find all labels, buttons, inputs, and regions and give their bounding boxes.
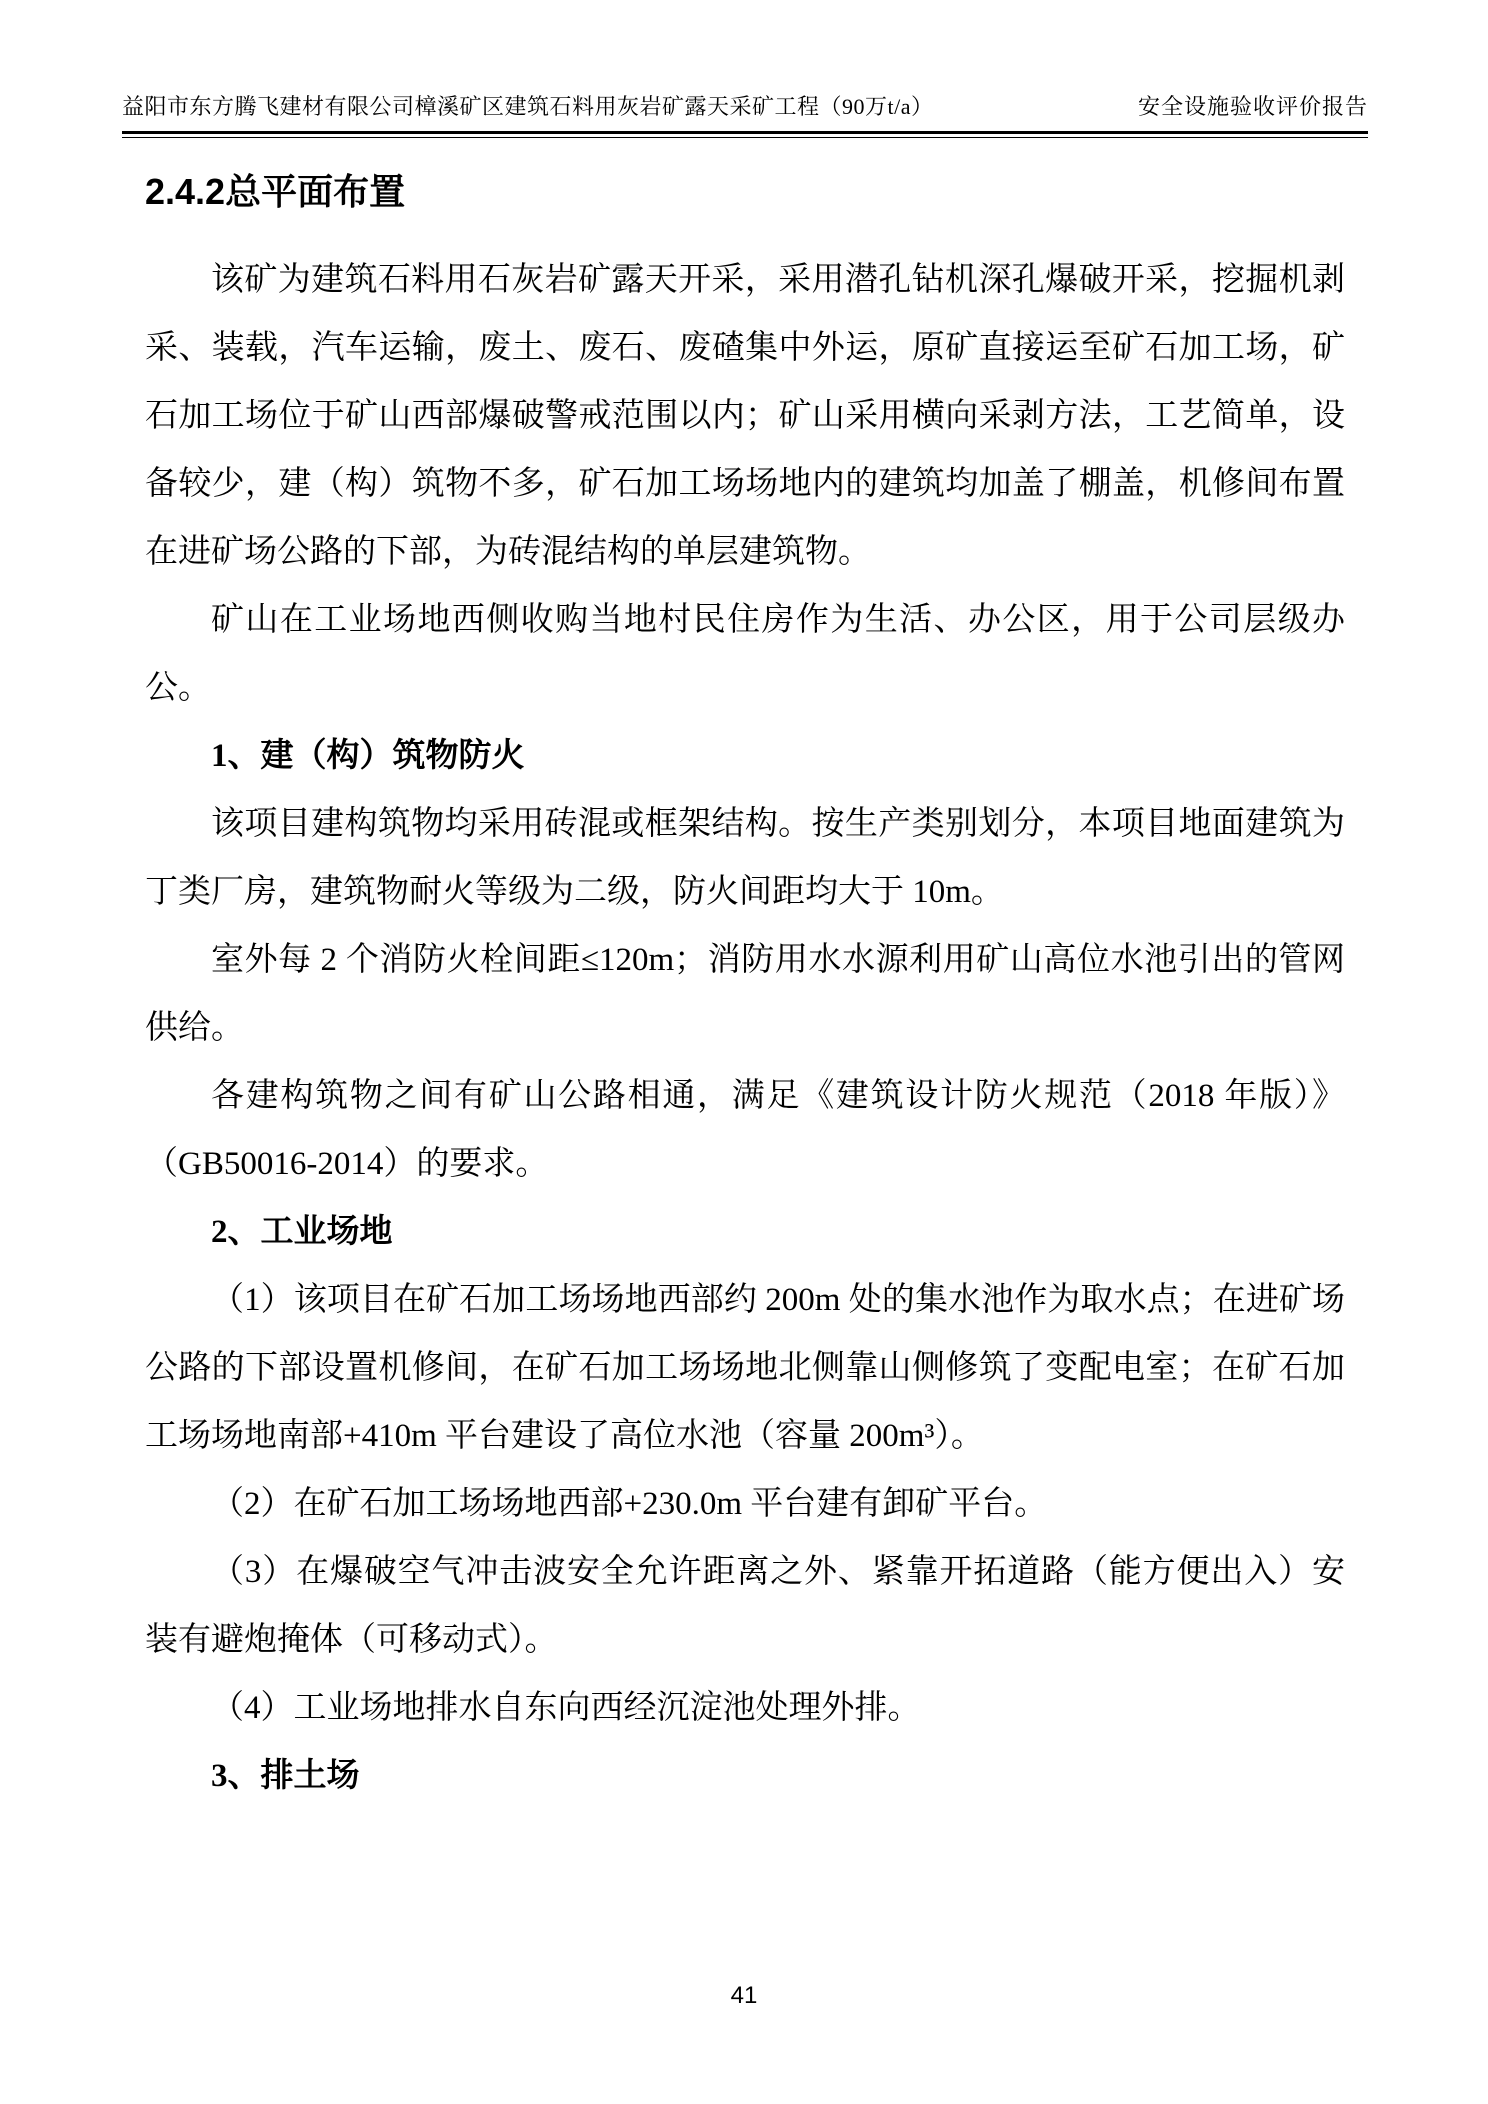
section-title: 2.4.2总平面布置 bbox=[145, 168, 1345, 216]
paragraph-fire-code: 各建构筑物之间有矿山公路相通，满足《建筑设计防火规范（2018 年版）》（GB5… bbox=[145, 1062, 1345, 1198]
page-number: 41 bbox=[731, 1982, 758, 2009]
header-report-title: 安全设施验收评价报告 bbox=[1138, 90, 1368, 121]
subheading-waste-dump: 3、排土场 bbox=[145, 1742, 1345, 1810]
header-rule-thick bbox=[122, 131, 1368, 134]
paragraph-item-1: （1）该项目在矿石加工场场地西部约 200m 处的集水池作为取水点；在进矿场公路… bbox=[145, 1266, 1345, 1470]
paragraph-item-4: （4）工业场地排水自东向西经沉淀池处理外排。 bbox=[145, 1674, 1345, 1742]
document-page: 益阳市东方腾飞建材有限公司樟溪矿区建筑石料用灰岩矿露天采矿工程（90万t/a） … bbox=[0, 0, 1488, 2104]
paragraph-living-area: 矿山在工业场地西侧收购当地村民住房作为生活、办公区，用于公司层级办公。 bbox=[145, 586, 1345, 722]
page-header: 益阳市东方腾飞建材有限公司樟溪矿区建筑石料用灰岩矿露天采矿工程（90万t/a） … bbox=[0, 0, 1488, 121]
header-rule bbox=[122, 131, 1368, 138]
paragraph-overview: 该矿为建筑石料用石灰岩矿露天开采，采用潜孔钻机深孔爆破开采，挖掘机剥采、装载，汽… bbox=[145, 246, 1345, 586]
header-project-title: 益阳市东方腾飞建材有限公司樟溪矿区建筑石料用灰岩矿露天采矿工程（90万t/a） bbox=[122, 90, 934, 121]
subheading-industrial-site: 2、工业场地 bbox=[145, 1198, 1345, 1266]
paragraph-item-2: （2）在矿石加工场场地西部+230.0m 平台建有卸矿平台。 bbox=[145, 1470, 1345, 1538]
paragraph-item-3: （3）在爆破空气冲击波安全允许距离之外、紧靠开拓道路（能方便出入）安装有避炮掩体… bbox=[145, 1538, 1345, 1674]
header-row: 益阳市东方腾飞建材有限公司樟溪矿区建筑石料用灰岩矿露天采矿工程（90万t/a） … bbox=[122, 90, 1368, 121]
header-rule-thin bbox=[122, 137, 1368, 138]
document-body: 2.4.2总平面布置 该矿为建筑石料用石灰岩矿露天开采，采用潜孔钻机深孔爆破开采… bbox=[145, 168, 1345, 1810]
paragraph-structure-type: 该项目建构筑物均采用砖混或框架结构。按生产类别划分，本项目地面建筑为丁类厂房，建… bbox=[145, 790, 1345, 926]
page-footer: 41 bbox=[0, 1982, 1488, 2010]
subheading-fire-protection: 1、建（构）筑物防火 bbox=[145, 722, 1345, 790]
paragraph-hydrant-spacing: 室外每 2 个消防火栓间距≤120m；消防用水水源利用矿山高位水池引出的管网供给… bbox=[145, 926, 1345, 1062]
